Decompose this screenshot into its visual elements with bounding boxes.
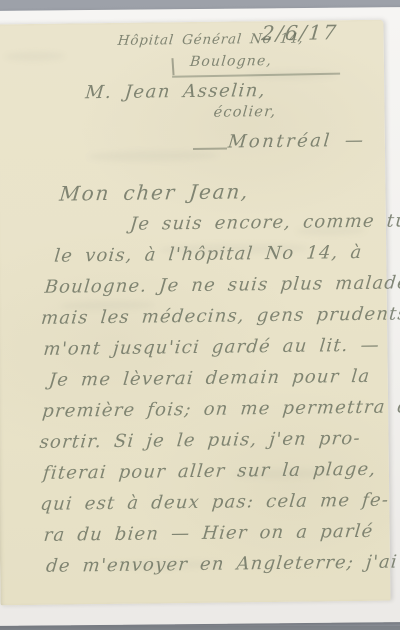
body-line: Je me lèverai demain pour la [48, 368, 371, 390]
letter-paper: Hôpital Général No 14, 2/6/17 Boulogne, … [0, 20, 391, 606]
body-line: première fois; on me permettra de [41, 398, 400, 421]
heading-place: Boulogne, [189, 54, 272, 69]
heading-date: 2/6/17 [261, 22, 339, 43]
body-line: mais les médecins, gens prudents, [40, 305, 400, 328]
body-line: Je suis encore, comme tu [129, 212, 400, 233]
address-city: Montréal — [227, 132, 366, 152]
address-dash-flourish [193, 148, 227, 150]
body-line: m'ont jusqu'ici gardé au lit. — [43, 337, 381, 359]
bleed-through-smudge [5, 52, 65, 62]
address-recipient: M. Jean Asselin, [84, 82, 266, 102]
scanned-letter-photo: { "colors": { "background": "#a2a6ae", "… [0, 0, 400, 630]
body-line: Boulogne. Je ne suis plus malade, [44, 274, 400, 297]
bleed-through-smudge [88, 150, 218, 163]
scan-bottom-edge [0, 626, 400, 630]
address-occupation: écolier, [213, 105, 277, 120]
body-line: ra du bien — Hier on a parlé [43, 523, 374, 545]
salutation: Mon cher Jean, [59, 181, 251, 203]
body-line: qui est à deux pas: cela me fe- [40, 492, 390, 514]
heading-bracket-mark [171, 58, 174, 75]
body-line: de m'envoyer en Angleterre; j'ai [45, 553, 398, 575]
body-line: sortir. Si je le puis, j'en pro- [39, 430, 362, 452]
body-line: le vois, à l'hôpital No 14, à [53, 244, 363, 266]
body-line: fiterai pour aller sur la plage, [42, 461, 377, 483]
